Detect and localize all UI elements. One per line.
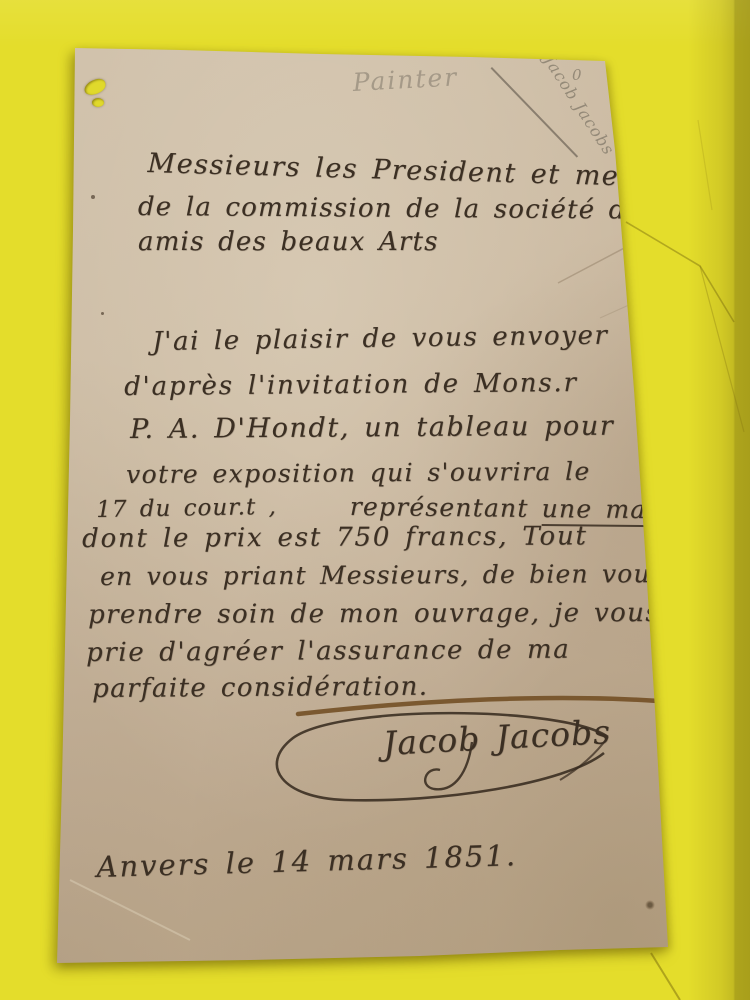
pin-hole xyxy=(44,918,52,926)
photo-of-letter: Painter Jacob Jacobs 0 Messieurs les Pre… xyxy=(0,0,750,1000)
letter-sheet-wrapper: Painter Jacob Jacobs 0 Messieurs les Pre… xyxy=(0,0,750,1000)
letter-sheet: Painter Jacob Jacobs 0 Messieurs les Pre… xyxy=(0,0,750,1000)
